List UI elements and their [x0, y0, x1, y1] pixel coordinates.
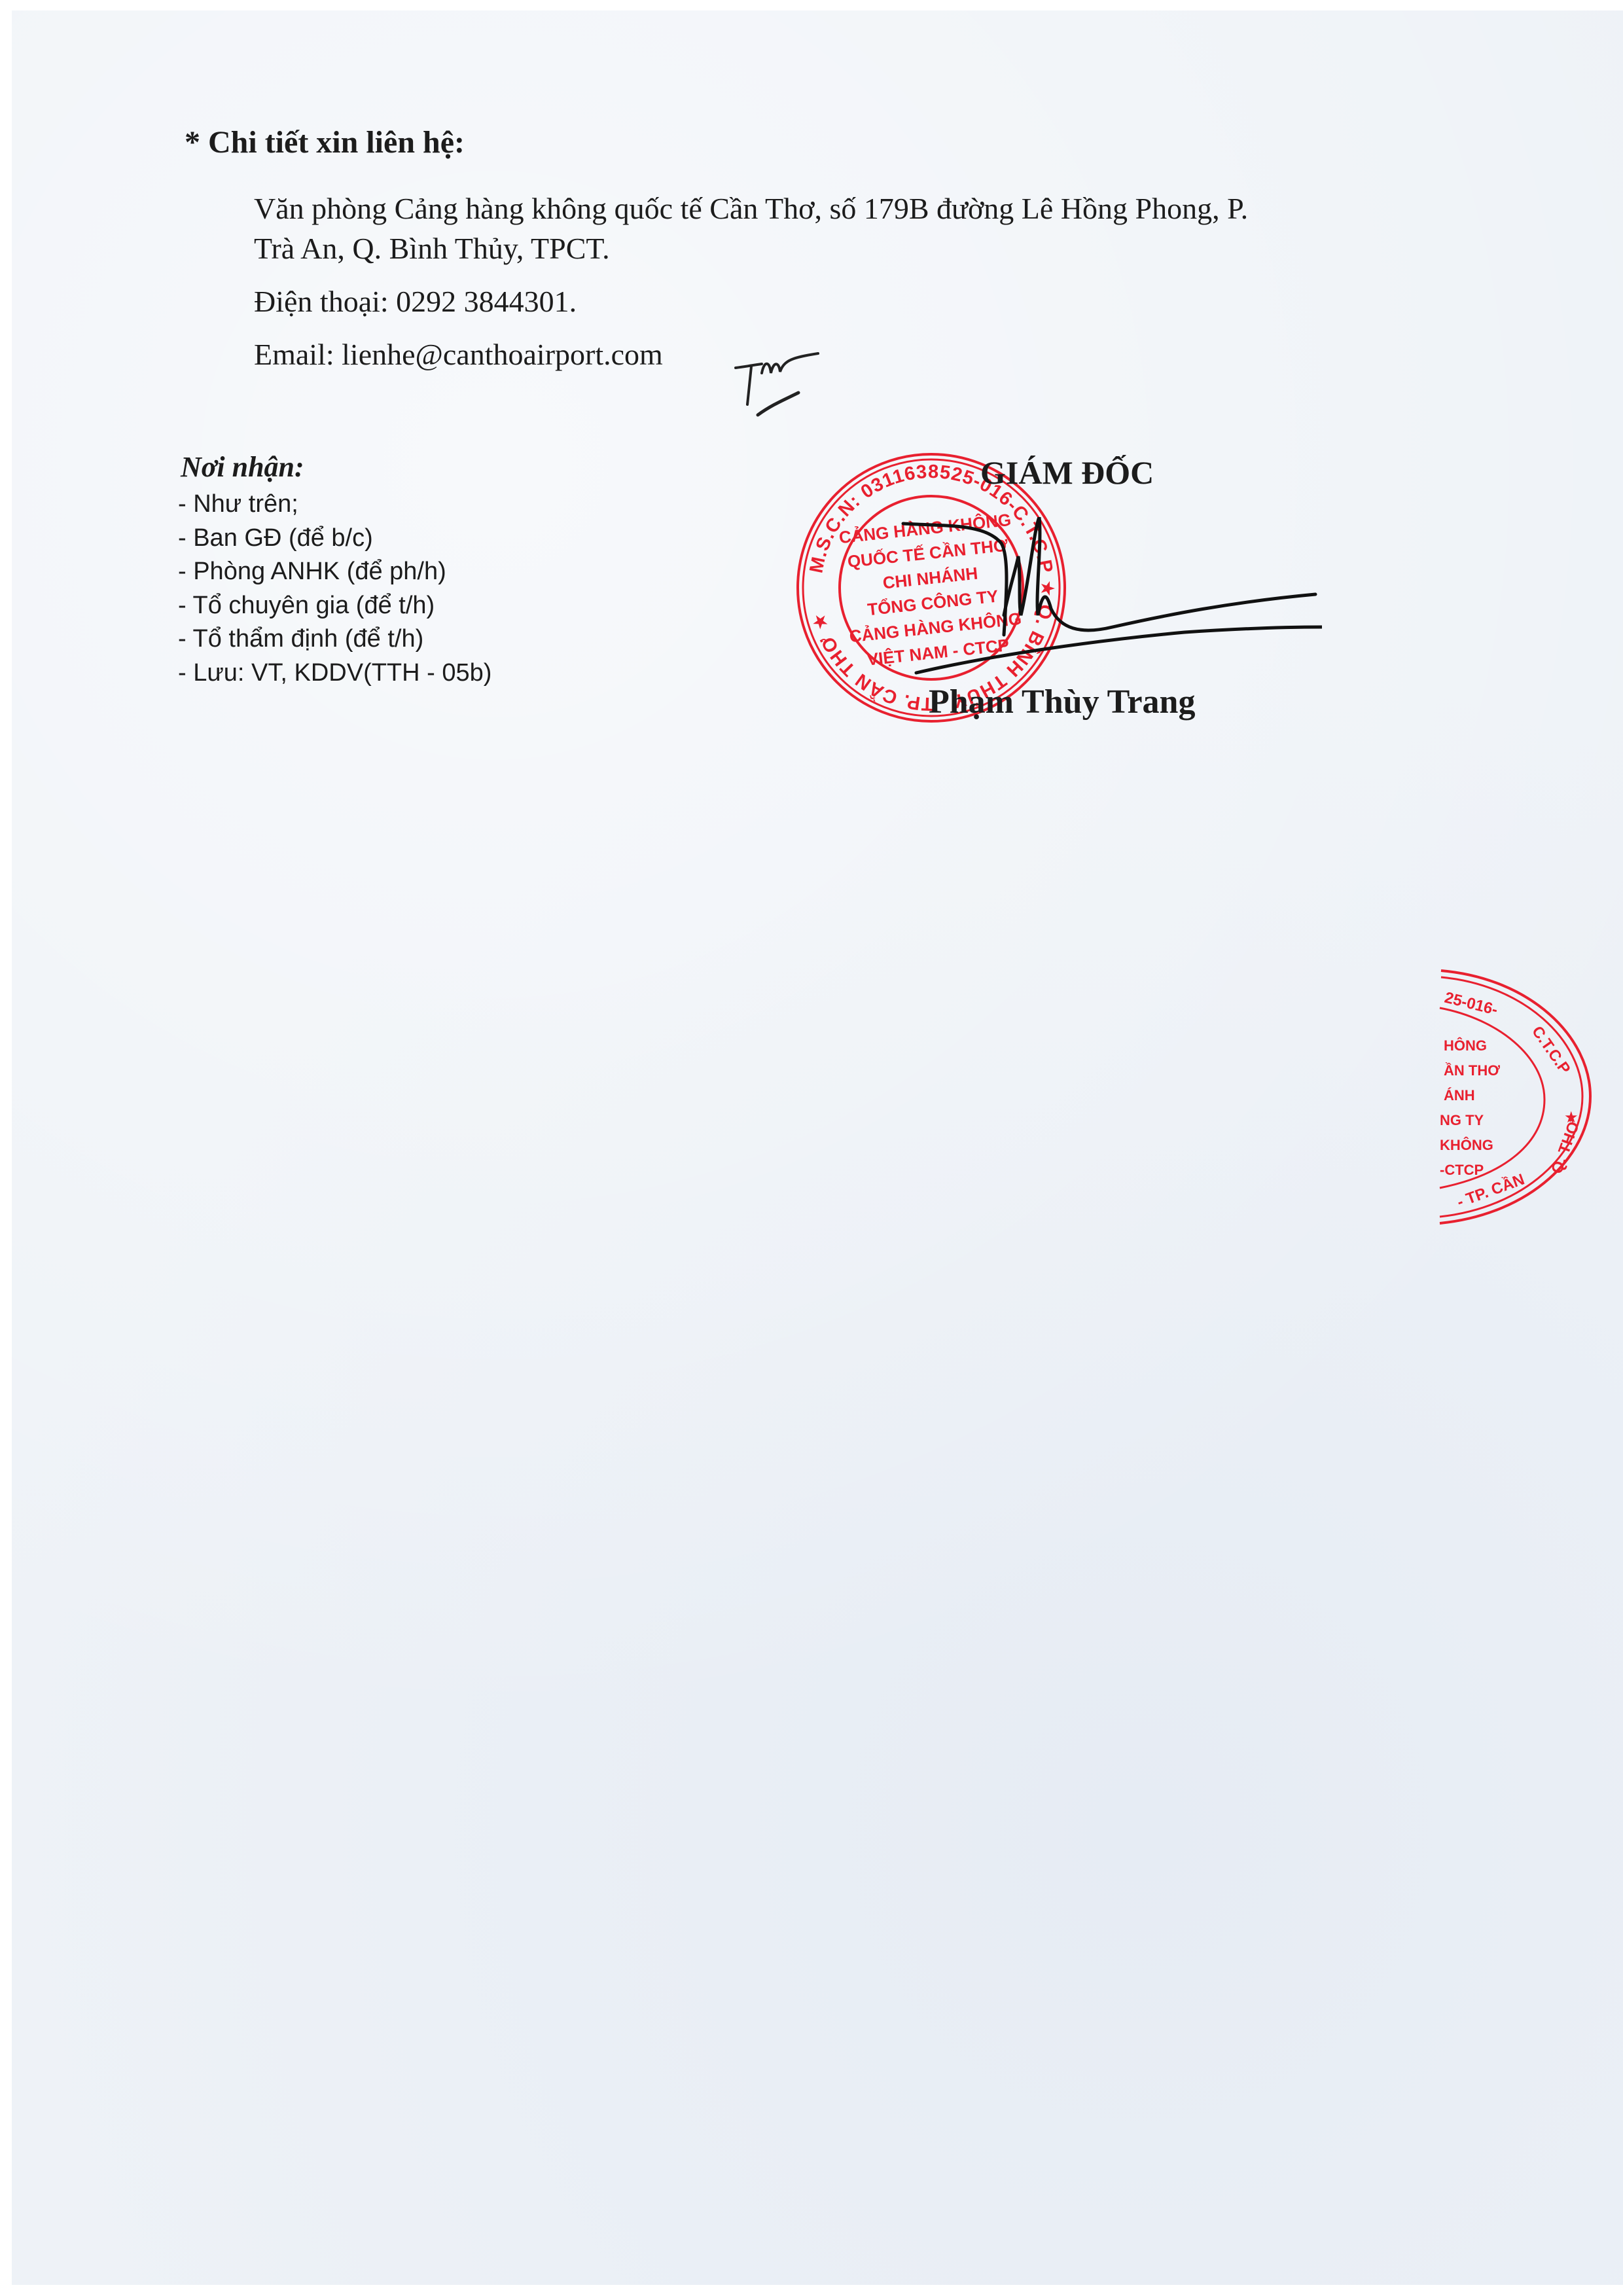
signatory-name: Phạm Thùy Trang: [929, 683, 1195, 721]
recipient-item: - Tổ chuyên gia (để t/h): [178, 589, 491, 623]
initials-mark: [733, 347, 825, 419]
partial-seal-line: ẦN THƠ: [1444, 1062, 1500, 1079]
contact-heading: * Chi tiết xin liên hệ:: [185, 124, 465, 160]
contact-address-line2: Trà An, Q. Bình Thủy, TPCT.: [254, 231, 610, 266]
partial-seal-line: ÁNH: [1444, 1087, 1475, 1103]
recipients-list: - Như trên; - Ban GĐ (để b/c) - Phòng AN…: [178, 488, 491, 690]
partial-seal-line: -CTCP: [1440, 1162, 1484, 1178]
recipient-item: - Ban GĐ (để b/c): [178, 522, 491, 556]
recipients-title: Nơi nhận:: [181, 450, 304, 484]
recipient-item: - Phòng ANHK (để ph/h): [178, 555, 491, 589]
recipient-item: - Tổ thẩm định (để t/h): [178, 622, 491, 656]
partial-seal-line: HÔNG: [1444, 1037, 1487, 1054]
partial-seal: 25-016- C.T.C.P ★ Q. THƠ - TP. CẦN HÔNGẦ…: [1433, 959, 1623, 1234]
handwritten-signature: [864, 517, 1322, 707]
recipient-item: - Như trên;: [178, 488, 491, 522]
svg-text:Q. THƠ: Q. THƠ: [1548, 1118, 1583, 1176]
signatory-title: GIÁM ĐỐC: [980, 454, 1154, 492]
contact-email: Email: lienhe@canthoairport.com: [254, 337, 663, 372]
recipient-item: - Lưu: VT, KDDV(TTH - 05b): [178, 656, 491, 691]
svg-text:25-016-: 25-016-: [1443, 989, 1500, 1019]
partial-seal-line: NG TY: [1440, 1112, 1484, 1128]
partial-seal-line: KHÔNG: [1440, 1137, 1493, 1153]
contact-phone: Điện thoại: 0292 3844301.: [254, 284, 577, 319]
contact-address-line1: Văn phòng Cảng hàng không quốc tế Cần Th…: [254, 191, 1248, 226]
